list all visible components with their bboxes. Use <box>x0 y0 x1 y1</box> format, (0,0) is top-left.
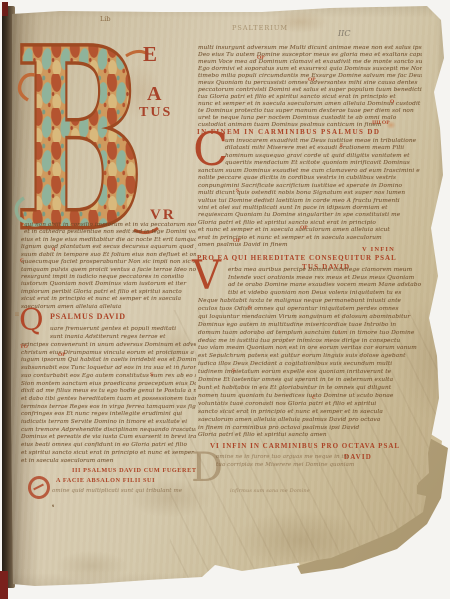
folio-number: IIC <box>338 29 350 38</box>
manuscript-text-line: iustorum Quoniam novit Dominus viam iust… <box>21 281 196 288</box>
manuscript-text-line: suum dabit in tempore suo Et folium eius… <box>21 252 196 259</box>
display-letter-a: A <box>147 83 163 106</box>
psalm3-opening-text: omine quid multiplicati sunt qui tribula… <box>52 488 194 495</box>
manuscript-text-line: in finem in carminibus pro octava psalmu… <box>198 425 418 433</box>
manuscript-text-line: qui non abiit in consilio impiorum et in… <box>24 222 196 229</box>
manuscript-text-line: et nunc et semper et in saecula saeculor… <box>198 227 420 234</box>
manuscript-text-line: tuo viam meam Quoniam non est in ore eor… <box>198 345 418 353</box>
manuscript-text-line: dixit ad me filius meus es tu ego hodie … <box>21 388 196 396</box>
manuscript-text-line: Deo eius Tu autem Domine susceptor meus … <box>198 52 422 59</box>
manuscript-text-line: confringes eos Et nunc reges intellegite… <box>21 411 196 419</box>
manuscript-text-line: tudinem impietatum eorum expelle eos quo… <box>198 369 418 377</box>
library-mark: Lib <box>100 15 111 23</box>
manuscript-text-line: Sion montem sanctum eius praedicans prae… <box>21 381 196 389</box>
manuscript-text-line: et in cathedra pestilentiae non sedit se… <box>24 229 196 236</box>
manuscript-text-line: Gloria patri et filio et spiritui sancto… <box>198 432 418 440</box>
psalm6-text: omine ne in furore tuo arguas me neque i… <box>216 453 368 469</box>
manuscript-text-line: um invocarem exaudivit me Deus iustitiae… <box>225 138 422 145</box>
manuscript-text-line: conpungimini Sacrificate sacrificium ius… <box>198 183 420 190</box>
red-ink-mark: OP <box>257 55 265 61</box>
manuscript-text-line: principes convenerunt in unum adversus D… <box>21 342 196 350</box>
psalm5-rubric-lead: V INFIN <box>362 246 395 253</box>
psalm1-underb-text: qui non abiit in consilio impiorum et in… <box>24 222 196 236</box>
manuscript-text-line: peccatorum contrivisti Domini est salus … <box>198 87 422 94</box>
display-letters-tus: TUS <box>139 105 172 121</box>
manuscript-text-line: omine ne in furore tuo arguas me neque i… <box>216 453 368 461</box>
red-ink-mark: O <box>390 99 394 105</box>
manuscript-text-line: sanctum suum Dominus exaudiet me cum cla… <box>198 168 420 175</box>
manuscript-text-line: Ego dormivi et soporatus sum et exsurrex… <box>198 66 422 73</box>
manuscript-text-line: tamquam pulvis quem proicit ventus a fac… <box>21 267 196 274</box>
book-cover-edge <box>0 571 8 599</box>
manuscript-text-line: multi dicunt quis ostendit nobis bona Si… <box>198 190 420 197</box>
red-ink-mark: S <box>150 372 153 378</box>
manuscript-text-line: erba mea auribus percipe Domine intelleg… <box>228 267 422 275</box>
manuscript-text-line: eius et in lege eius meditabitur die ac … <box>21 237 196 244</box>
manuscript-text-line: Gloria patri et filio et spiritui sancto… <box>198 220 420 227</box>
red-ink-mark: OP <box>233 238 241 244</box>
manuscript-text-line: cum tremore Adprehendite disciplinam neq… <box>21 427 196 435</box>
manuscript-text-line: Dominus et pereatis de via iusta Cum exa… <box>21 434 196 442</box>
manuscript-text-line: nolite peccare quae dicitis in cordibus … <box>198 175 420 182</box>
red-ink-mark: S <box>232 368 235 374</box>
red-ink-mark: s <box>52 503 54 509</box>
manuscript-text-line: nunc et semper et in saecula saeculorum … <box>198 101 422 108</box>
manuscript-text-line: terminos terrae Reges eos in virga ferre… <box>21 404 196 412</box>
red-ink-mark: S <box>248 305 251 311</box>
psalm2-text: principes convenerunt in unum adversus D… <box>21 342 196 465</box>
manuscript-text-line: qui loquuntur mendacium Virum sanguinum … <box>198 314 418 322</box>
manuscript-text-line: multi insurgunt adversum me Multi dicunt… <box>198 45 422 52</box>
manuscript-text-line: resurgunt impii in iudicio neque peccato… <box>21 274 196 281</box>
manuscript-text-line: quaecumque faciet prosperabuntur Non sic… <box>21 259 196 266</box>
initial-q: Q <box>19 306 44 336</box>
manuscript-text-line: saeculorum amen alleluia alleluia <box>21 304 196 311</box>
manuscript-text-line: christum eius Dirumpamus vincula eorum e… <box>21 350 196 358</box>
red-ink-mark: OP <box>300 225 308 231</box>
manuscript-text-line: est Sepulchrum patens est guttur eorum l… <box>198 353 418 361</box>
psalm3-rubric-line1: III PSALMUS DAVID CUM FUGERET <box>72 467 197 474</box>
manuscript-text-line: meum Voce mea ad Dominum clamavi et exau… <box>198 59 422 66</box>
manuscript-text-line: oculos tuos Odisti omnes qui operantur i… <box>198 306 418 314</box>
manuscript-text-line: ad te orabo Domine mane exaudies vocem m… <box>228 282 422 290</box>
manuscript-text-line: te Dominus protectio tua super manum dex… <box>198 108 422 115</box>
spine-headband <box>2 2 8 16</box>
manuscript-text-line: saeculorum amen alleluia alleluia psalmu… <box>198 417 418 425</box>
manuscript-text-line: dilatasti mihi Miserere mei et exaudi or… <box>225 145 422 152</box>
psalm2-text-beside-initial: uare fremuerunt gentes et populi meditat… <box>50 326 196 341</box>
manuscript-text-line: infirmus sum sana me Domine <box>230 488 360 495</box>
manuscript-text-line: quaeritis mendacium Et scitote quoniam m… <box>225 160 422 167</box>
manuscript-text-line: tua corripias me Miserere mei Domine quo… <box>216 461 368 469</box>
psalm3-text: multi insurgunt adversum me Multi dicunt… <box>198 45 422 129</box>
manuscript-text-line: suo conturbabit eos Ego autem constitutu… <box>21 373 196 381</box>
manuscript-text-line: tua Gloria patri et filio et spiritui sa… <box>198 94 422 101</box>
manuscript-text-line: omine quid multiplicati sunt qui tribula… <box>52 488 194 495</box>
initial-b-artwork: B <box>14 40 164 240</box>
psalm1-text: eius et in lege eius meditabitur die ac … <box>21 237 196 311</box>
red-ink-mark: S <box>236 188 239 194</box>
psalm5-text-beside-initial: erba mea auribus percipe Domine intelleg… <box>228 267 422 297</box>
red-ink-mark: C <box>312 395 316 401</box>
manuscript-text-line: tibi et videbo quoniam non Deus volens i… <box>228 290 422 298</box>
parchment-page: Lib PSALTERIUM IIC B <box>0 0 450 599</box>
manuscript-text-line: iudicatis terram Servite Domino in timor… <box>21 419 196 427</box>
initial-v: V <box>192 256 221 296</box>
manuscript-text-line: voluntatis tuae coronasti nos Gloria pat… <box>198 401 418 409</box>
running-title: PSALTERIUM <box>232 24 288 32</box>
psalm4-text-beside-initial: um invocarem exaudivit me Deus iustitiae… <box>225 138 422 168</box>
red-ink-mark: OP <box>58 352 66 358</box>
manuscript-text-line: vini et olei sui multiplicati sunt In pa… <box>198 205 420 212</box>
manuscript-text-line: nomen tuum quoniam tu benedices iusto Do… <box>198 393 418 401</box>
manuscript-text-line: Domine Et laetentur omnes qui sperant in… <box>198 377 418 385</box>
manuscript-text-line: Dominus ego autem in multitudine miseric… <box>198 322 418 330</box>
psalm2-rubric: PSALMUS DAVID <box>50 312 126 321</box>
manuscript-text-line: sunt inania Adstiterunt reges terrae et <box>50 334 196 342</box>
red-ink-mark: I <box>338 330 340 336</box>
manuscript-text-line: sancto sicut erat in principio et nunc e… <box>198 409 418 417</box>
red-ink-mark: C <box>20 258 24 264</box>
manuscript-text-line: bunt et habitabis in eis Et gloriabuntur… <box>198 385 418 393</box>
manuscript-text-line: et in saecula saeculorum amen <box>21 458 196 466</box>
red-ink-mark: q <box>52 246 55 252</box>
manuscript-text-line: domum tuam adorabo ad templum sanctum tu… <box>198 330 418 338</box>
red-ink-mark: IIII OP <box>372 120 390 126</box>
red-ink-mark: OP <box>308 77 316 83</box>
manuscript-text-line: iudica illos Deus Decidant a cogitationi… <box>198 361 418 369</box>
manuscript-text-line: eius beati omnes qui confidunt in eo Glo… <box>21 442 196 450</box>
initial-c: C <box>193 126 228 172</box>
manuscript-text-line: iugum ipsorum Qui habitat in caelis inri… <box>21 357 196 365</box>
manuscript-text-line: hominum usquequo gravi corde ut quid dil… <box>225 153 422 160</box>
manuscript-text-line: et spiritui sancto sicut erat in princip… <box>21 450 196 458</box>
manuscript-text-line: subsannabit eos Tunc loquetur ad eos in … <box>21 365 196 373</box>
red-ink-mark: TO <box>20 344 28 350</box>
manuscript-text-line: sicut erat in principio et nunc et sempe… <box>21 296 196 303</box>
illuminated-initial-b: B <box>14 40 164 240</box>
manuscript-text-line: lignum quod plantatum est secus decursus… <box>21 244 196 251</box>
psalm6-faint-text: infirmus sum sana me Domine <box>230 488 360 495</box>
red-ink-mark: F <box>340 143 343 149</box>
psalm5-rubric: PRO EA QUI HEREDITATE CONSEQUITUR PSAL <box>197 254 397 262</box>
psalm4-text: sanctum suum Dominus exaudiet me cum cla… <box>198 168 420 249</box>
manuscript-text-line: deduc me in iustitia tua propter inimico… <box>198 338 418 346</box>
display-letter-e: E <box>143 42 159 67</box>
manuscript-text-line: impiorum peribit Gloria patri et filio e… <box>21 289 196 296</box>
psalm6-rubric: VI INFIN IN CARMINIBUS PRO OCTAVA PSAL <box>210 442 400 450</box>
psalm3-rubric-line2: A FACIE ABSALON FILII SUI <box>56 477 155 484</box>
psalm5-text: Neque habitabit iuxta te malignus neque … <box>198 298 418 440</box>
manuscript-text-line: uare fremuerunt gentes et populi meditat… <box>50 326 196 334</box>
manuscript-text-line: et dabo tibi gentes hereditatem tuam et … <box>21 396 196 404</box>
manuscript-text-line: Intende voci orationis meae rex meus et … <box>228 275 422 283</box>
manuscript-photo: Lib PSALTERIUM IIC B <box>0 0 450 599</box>
manuscript-text-line: vultus tui Domine dedisti laetitiam in c… <box>198 198 420 205</box>
manuscript-text-line: requiescam Quoniam tu Domine singularite… <box>198 212 420 219</box>
svg-text:B: B <box>15 40 144 240</box>
manuscript-text-line: erat in principio et nunc et semper et i… <box>198 235 420 242</box>
manuscript-text-line: Neque habitabit iuxta te malignus neque … <box>198 298 418 306</box>
